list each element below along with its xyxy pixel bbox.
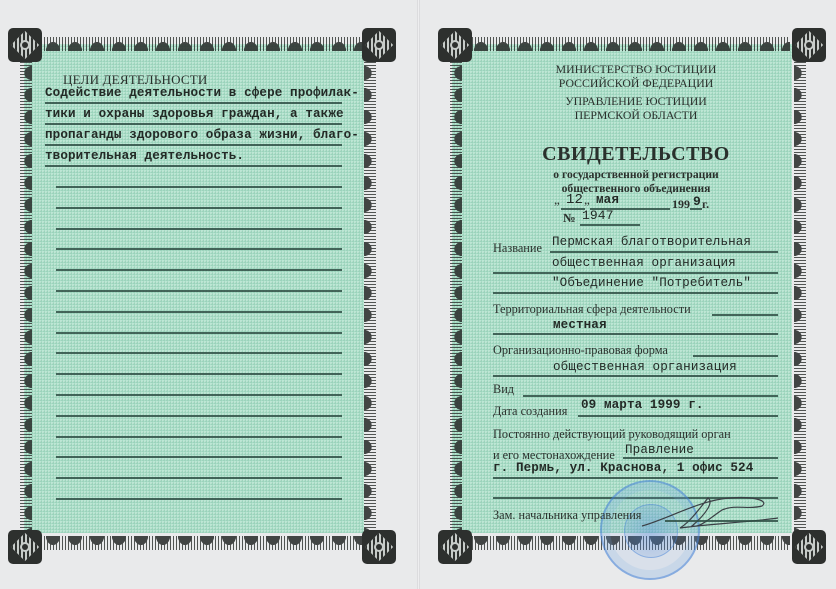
number-label: № [563, 211, 576, 226]
date-month: мая [596, 193, 619, 207]
ruled-line [56, 477, 342, 479]
corner-ornament-icon [792, 530, 826, 564]
date-open-quote: „ [554, 192, 560, 208]
territorial-scope-value: местная [553, 318, 607, 332]
corner-ornament-icon [438, 530, 472, 564]
legal-form-underline [693, 355, 778, 357]
creation-date-underline [578, 415, 778, 417]
goal-text-line: творительная деятельность. [45, 149, 244, 163]
ruled-line [45, 165, 342, 167]
legal-form-label: Организационно-правовая форма [493, 343, 668, 358]
name-value-line: Пермская благотворительная [552, 235, 751, 249]
governing-body-underline [623, 457, 778, 459]
ruled-line [56, 373, 342, 375]
territorial-scope-label: Территориальная сфера деятельности [493, 302, 691, 317]
governing-body-label: Постоянно действующий руководящий орган [493, 427, 731, 442]
ruled-line [45, 144, 342, 146]
ruled-line [56, 456, 342, 458]
ruled-line [56, 290, 342, 292]
left-right-border [364, 62, 376, 532]
date-year-prefix: 199 [672, 197, 690, 212]
number-underline [580, 224, 640, 226]
name-underline [493, 272, 778, 274]
corner-ornament-icon [792, 28, 826, 62]
ruled-line [56, 394, 342, 396]
ruled-line [56, 248, 342, 250]
ministry-line: РОССИЙСКОЙ ФЕДЕРАЦИИ [520, 76, 752, 91]
name-value-line: "Объединение "Потребитель" [552, 276, 751, 290]
corner-ornament-icon [362, 28, 396, 62]
ruled-line [56, 332, 342, 334]
date-day: 12 [566, 192, 583, 208]
right-right-border [794, 62, 806, 532]
kind-underline [523, 395, 778, 397]
ruled-line [56, 186, 342, 188]
ruled-line [56, 207, 342, 209]
ruled-line [56, 311, 342, 313]
creation-date-label: Дата создания [493, 404, 567, 419]
date-year-suffix: 9 [693, 194, 701, 209]
signatory-label: Зам. начальника управления [493, 508, 641, 523]
corner-ornament-icon [438, 28, 472, 62]
name-value-line: общественная организация [552, 256, 736, 270]
ruled-line [45, 123, 342, 125]
ruled-line [56, 415, 342, 417]
ruled-line [56, 436, 342, 438]
legal-form-value: общественная организация [553, 360, 737, 374]
ministry-line: МИНИСТЕРСТВО ЮСТИЦИИ [520, 62, 752, 77]
territorial-scope-underline [493, 333, 778, 335]
territorial-scope-underline [712, 314, 778, 316]
name-underline [493, 292, 778, 294]
date-close-quote: „ [584, 192, 590, 208]
date-year-underline [690, 208, 702, 210]
left-top-border [42, 37, 362, 51]
corner-ornament-icon [8, 28, 42, 62]
department-line: ПЕРМСКОЙ ОБЛАСТИ [520, 108, 752, 123]
goal-text-line: тики и охраны здоровья граждан, а также [45, 107, 344, 121]
ruled-line [56, 352, 342, 354]
goal-text-line: пропаганды здорового образа жизни, благо… [45, 128, 359, 142]
legal-form-underline [493, 375, 778, 377]
signatory-underline [665, 520, 778, 522]
name-underline [550, 251, 778, 253]
left-bottom-border [42, 536, 362, 550]
corner-ornament-icon [362, 530, 396, 564]
right-top-border [470, 37, 790, 51]
kind-label: Вид [493, 382, 514, 397]
registration-number: 1947 [582, 208, 614, 223]
certificate-subtitle: о государственной регистрации [520, 168, 752, 181]
ruled-line [56, 269, 342, 271]
signature [640, 488, 780, 538]
name-label: Название [493, 241, 542, 256]
governing-body-value: Правление [625, 443, 694, 457]
right-left-border [450, 62, 462, 532]
governing-body-address: г. Пермь, ул. Краснова, 1 офис 524 [493, 461, 753, 475]
creation-date-value: 09 марта 1999 г. [581, 398, 704, 412]
left-left-border [20, 62, 32, 532]
certificate-title: СВИДЕТЕЛЬСТВО [520, 143, 752, 166]
governing-body-underline [493, 477, 778, 479]
department-line: УПРАВЛЕНИЕ ЮСТИЦИИ [520, 94, 752, 109]
ruled-line [56, 498, 342, 500]
ruled-line [56, 228, 342, 230]
corner-ornament-icon [8, 530, 42, 564]
date-year-unit: г. [702, 197, 709, 212]
ruled-line [45, 102, 342, 104]
goal-text-line: Содействие деятельности в сфере профилак… [45, 86, 359, 100]
